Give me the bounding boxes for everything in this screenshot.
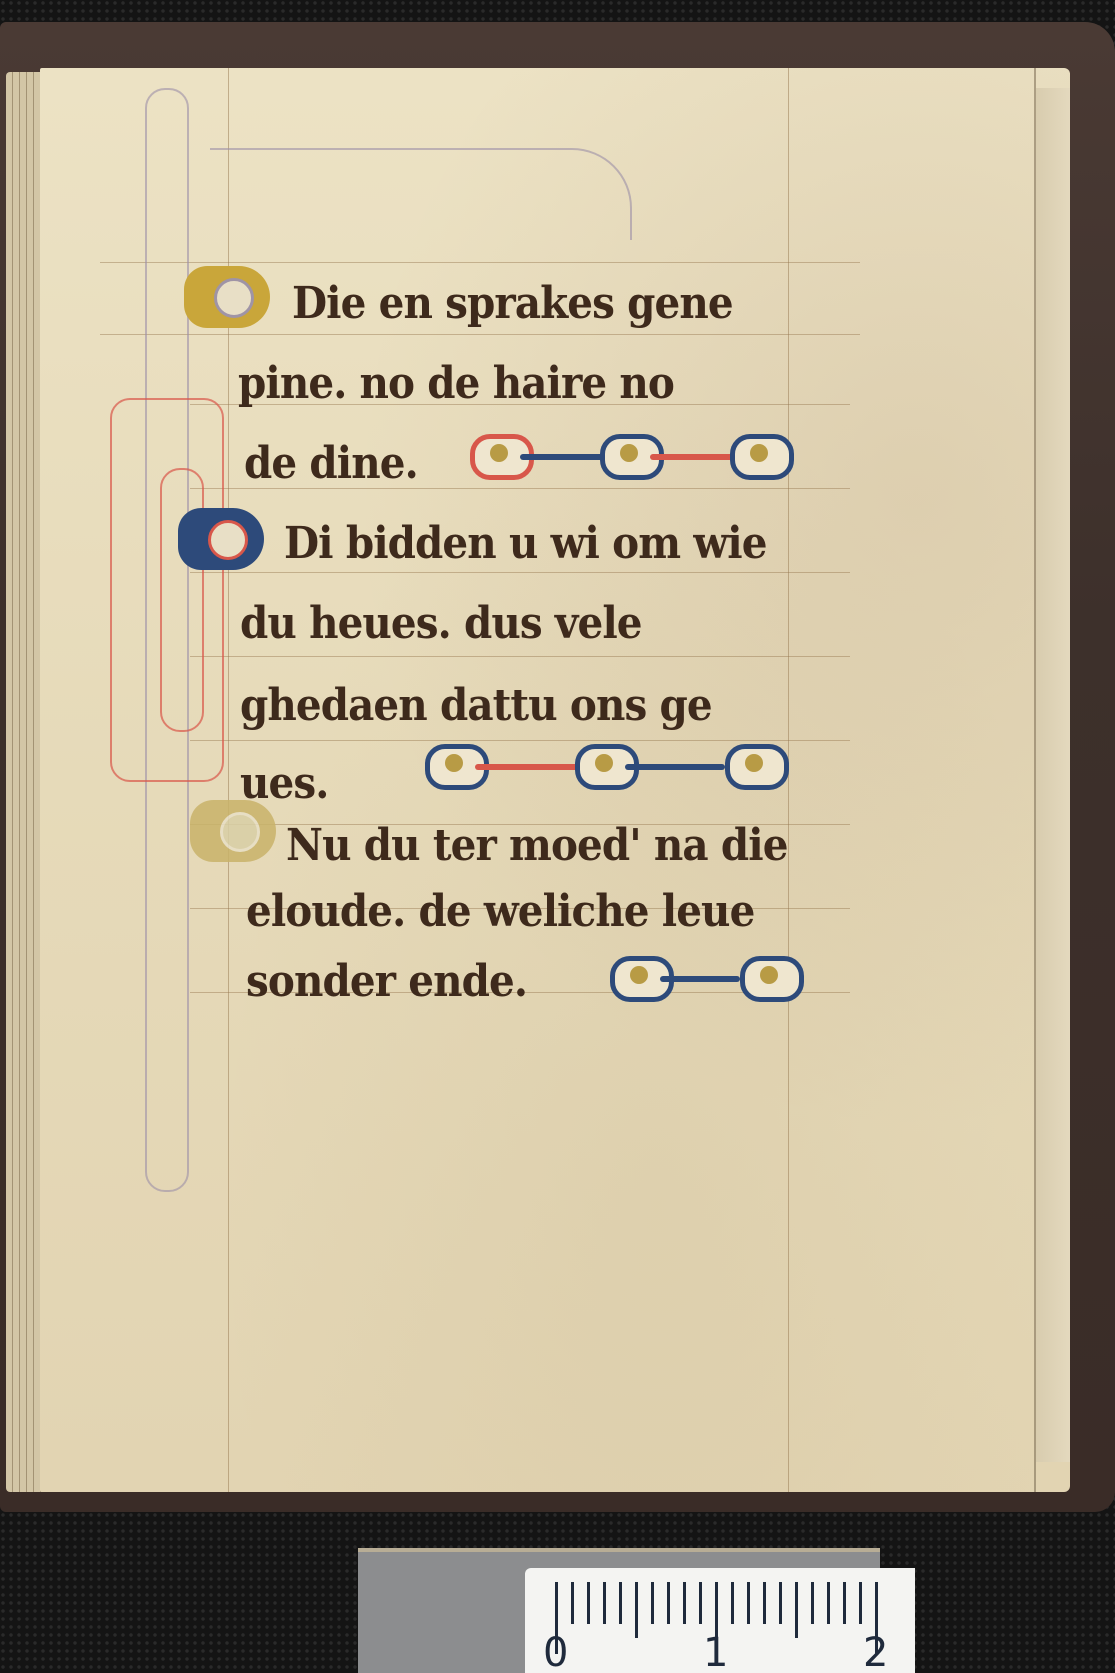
ruler-tick (667, 1582, 670, 1624)
ruler-tick (779, 1582, 782, 1624)
text-line-10: sonder ende. (246, 956, 527, 1007)
ruler-tick (587, 1582, 590, 1624)
text-line-3: de dine. (244, 438, 418, 489)
ruler-tick (683, 1582, 686, 1624)
ruling-line (100, 262, 860, 263)
text-line-4: Di bidden u wi om wie (284, 518, 767, 569)
text-line-9: eloude. de weliche leue (246, 886, 754, 937)
text-line-5: du heues. dus vele (240, 598, 642, 649)
text-line-8: Nu du ter moed' na die (286, 820, 788, 871)
ruler-tick (651, 1582, 654, 1624)
ruler-tick (635, 1582, 638, 1638)
initial-n-gold (190, 800, 276, 862)
ruler-tick (843, 1582, 846, 1624)
ruler-tick (619, 1582, 622, 1624)
stub-edge (1036, 88, 1070, 1462)
ruling-line (190, 656, 850, 657)
ruler-label-1: 1 (703, 1630, 728, 1673)
ruler-tick (811, 1582, 814, 1624)
ruler-tick (571, 1582, 574, 1624)
ruler-tick (699, 1582, 702, 1624)
initial-d-blue (178, 508, 264, 570)
text-line-1: Die en sprakes gene (292, 278, 733, 329)
ruler-label-2: 2 (863, 1630, 888, 1673)
text-line-7: ues. (240, 758, 328, 809)
text-line-2: pine. no de haire no (238, 358, 674, 409)
line-filler-2 (425, 740, 805, 784)
lilac-penwork-spray (210, 148, 632, 240)
scale-ruler: 0 1 2 (525, 1568, 915, 1673)
ruler-tick (763, 1582, 766, 1624)
ruler-tick (603, 1582, 606, 1624)
ruler-tick (747, 1582, 750, 1624)
line-filler-3 (610, 952, 810, 996)
ruler-label-0: 0 (543, 1630, 568, 1673)
text-line-6: ghedaen dattu ons ge (240, 680, 712, 731)
line-filler-1 (470, 430, 810, 474)
ruler-tick (731, 1582, 734, 1624)
initial-d-gold (184, 266, 270, 328)
ruler-tick (859, 1582, 862, 1624)
ruler-tick (827, 1582, 830, 1624)
ruling-line (100, 334, 860, 335)
ruler-tick (795, 1582, 798, 1638)
ruling-line (190, 572, 850, 573)
